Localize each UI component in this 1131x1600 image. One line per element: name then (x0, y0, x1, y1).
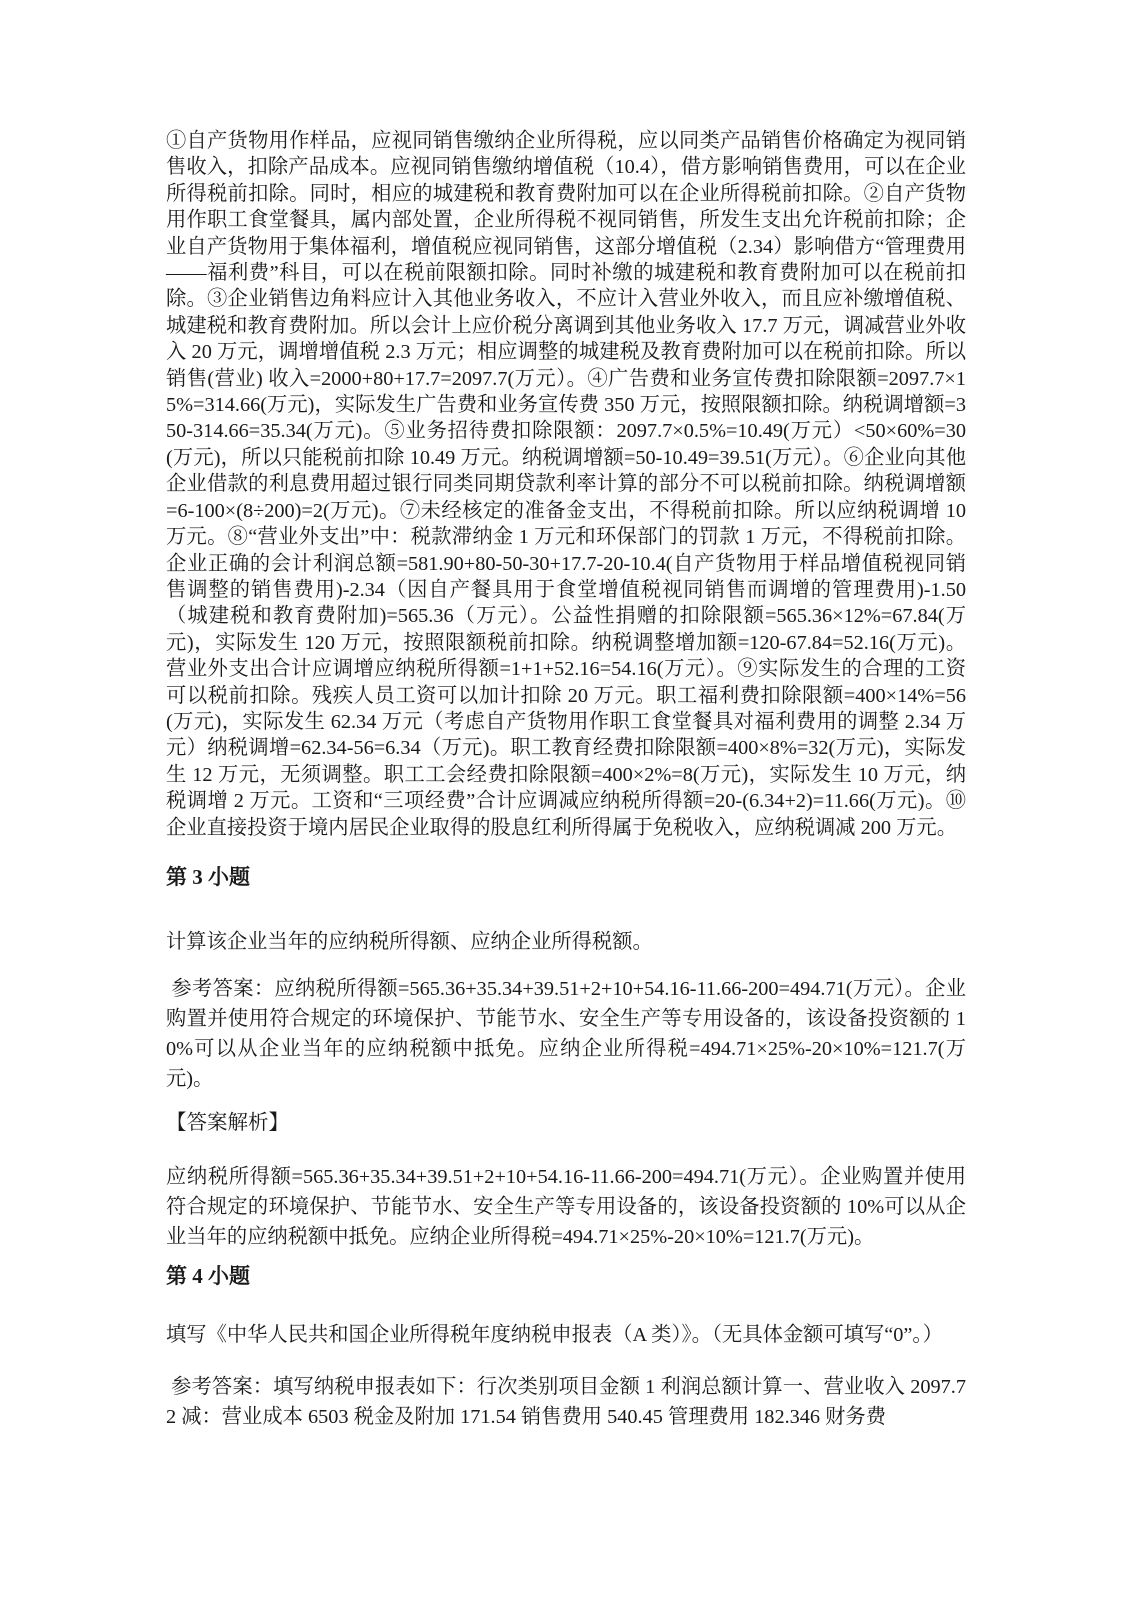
question2-analysis-paragraph: ①自产货物用作样品，应视同销售缴纳企业所得税，应以同类产品销售价格确定为视同销售… (166, 128, 966, 841)
question4-reference-answer: 参考答案：填写纳税申报表如下：行次类别项目金额 1 利润总额计算一、营业收入 2… (166, 1372, 966, 1432)
answer-analysis-paragraph: 应纳税所得额=565.36+35.34+39.51+2+10+54.16-11.… (166, 1162, 966, 1252)
question3-heading: 第 3 小题 (166, 863, 966, 891)
question4-heading: 第 4 小题 (166, 1262, 966, 1290)
answer-analysis-heading: 【答案解析】 (166, 1109, 966, 1137)
question3-reference-answer: 参考答案：应纳税所得额=565.36+35.34+39.51+2+10+54.1… (166, 974, 966, 1094)
document-page: ①自产货物用作样品，应视同销售缴纳企业所得税，应以同类产品销售价格确定为视同销售… (0, 0, 1131, 1432)
question3-prompt: 计算该企业当年的应纳税所得额、应纳企业所得税额。 (166, 927, 966, 957)
question4-prompt: 填写《中华人民共和国企业所得税年度纳税申报表（A 类）》。（无具体金额可填写“0… (166, 1320, 966, 1350)
